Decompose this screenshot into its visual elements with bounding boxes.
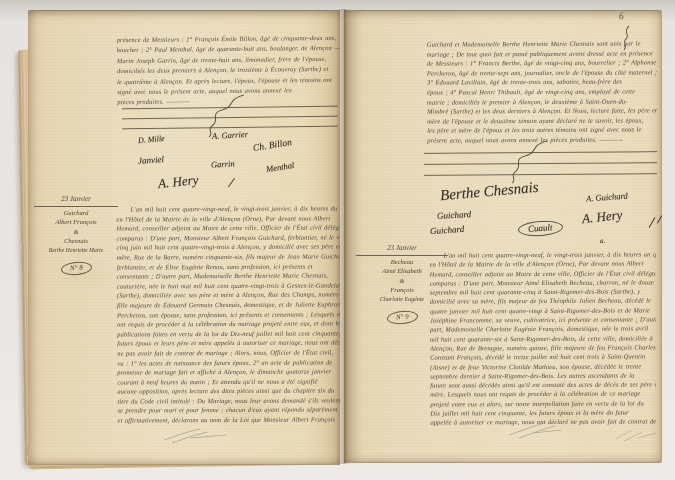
manuscript-line: fille majeure de Édouard Germain Chesnai… xyxy=(117,300,340,311)
folio-number: 6 xyxy=(618,12,624,22)
left-act-body-paragraph: L'an mil huit cent quatre-vingt-neuf, le… xyxy=(116,204,340,426)
margin-bride-surname: Chesnais xyxy=(34,237,118,247)
act-number-oval: N° 9 xyxy=(386,309,418,325)
ink-flourish-mark xyxy=(620,25,634,51)
manuscript-line: mère, Rue de la Barre, numéro cinquante-… xyxy=(117,252,340,263)
archival-scan: 6 présence de Messieurs : 1° François Ém… xyxy=(0,0,675,480)
act-number-oval: N° 8 xyxy=(60,260,92,276)
signature: A. Garrier xyxy=(212,129,248,141)
manuscript-line: L'an mil huit cent quatre-vingt-neuf, le… xyxy=(116,204,339,215)
left-margin-note: 23 Janvier Guichard Albert François & Ch… xyxy=(34,195,118,275)
pencil-mark xyxy=(160,427,232,445)
ink-flourish-mark xyxy=(508,138,554,184)
pencil-mark xyxy=(612,427,660,443)
margin-groom-given: Albert François xyxy=(34,218,118,228)
manuscript-line: Percheron, âgé de trente-sept ans, journ… xyxy=(427,68,658,79)
manuscript-line: les père et mère de l'époux et les trois… xyxy=(427,126,658,137)
signature-paraphe: a. xyxy=(600,237,606,245)
pencil-mark xyxy=(505,420,567,440)
margin-bride-given: Berthe Henriette Marie xyxy=(34,247,118,257)
right-act-body-paragraph: L'an mil huit cent quatre-vingt-neuf, le… xyxy=(430,250,657,428)
margin-groom-surname: Guichard xyxy=(34,209,118,219)
signature: Guichard xyxy=(437,209,472,221)
margin-ampersand: & xyxy=(34,228,118,238)
manuscript-line: et affirmativement, déclarons au nom de … xyxy=(118,415,341,426)
manuscript-line: ne pas avoir fait de contrat de mariage … xyxy=(117,348,340,359)
manuscript-line: époux ; 4° Pascal Henri Thibault, âgé de… xyxy=(427,87,658,98)
right-act-conclusion-paragraph: Guichard et Mademoiselle Berthe Henriett… xyxy=(427,39,659,146)
margin-date: 23 Janvier xyxy=(34,195,118,205)
margin-underline xyxy=(34,206,118,207)
signature: Garrin xyxy=(211,158,235,169)
signature: Janviel xyxy=(138,154,165,166)
